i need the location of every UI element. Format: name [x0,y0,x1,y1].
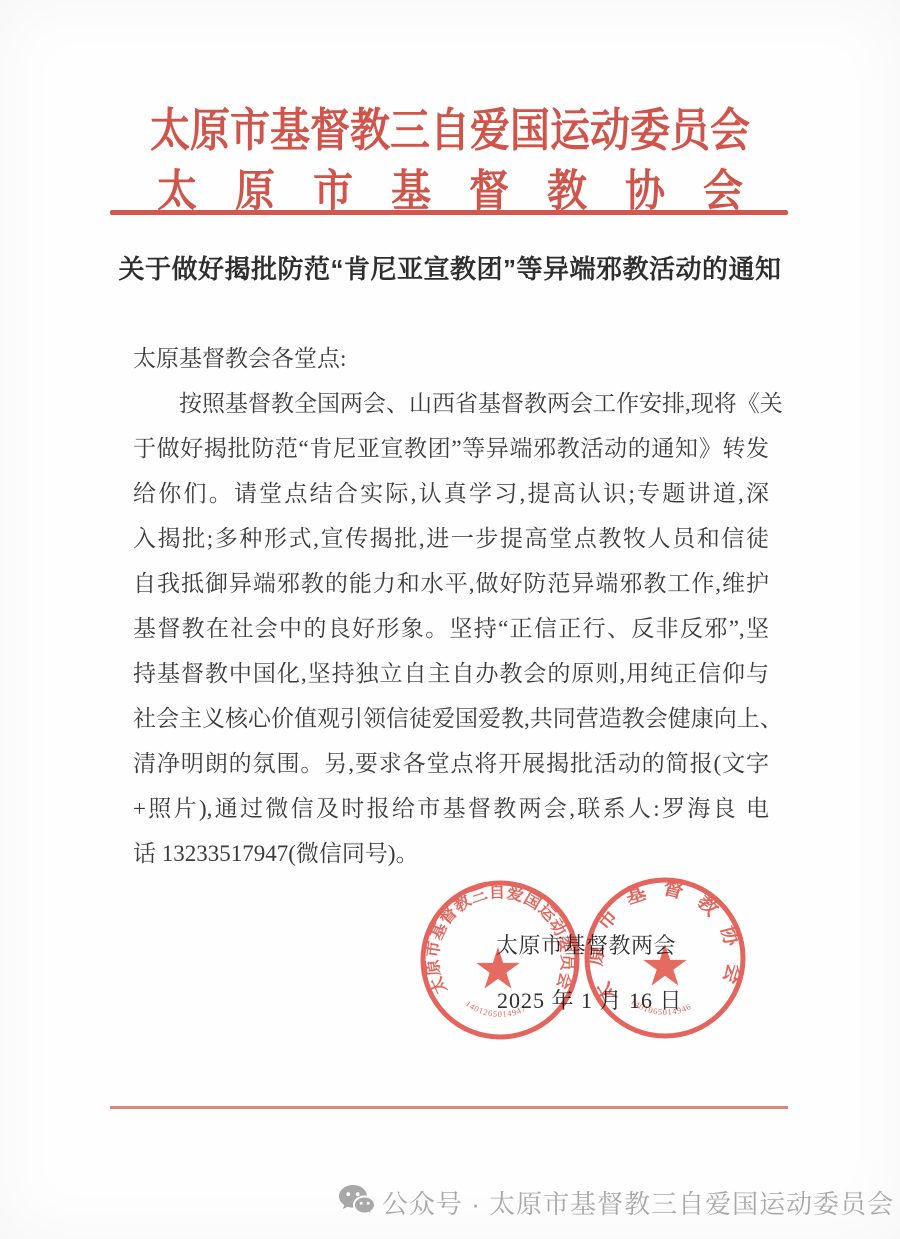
seal-serial: 1401065014946 [629,996,693,1017]
official-seal-association: 太原市基督教协会 1401065014946 [580,873,750,1043]
seal-serial: 1401265014947 [464,998,528,1019]
body-line: 于做好揭批防范“肯尼亚宣教团”等异端邪教活动的通知》转发 [133,426,769,471]
body-line: 持基督教中国化,坚持独立自主自办教会的原则,用纯正信仰与 [133,651,769,696]
body-text: 太原基督教会各堂点: 按照基督教全国两会、山西省基督教两会工作安排,现将《关于做… [133,336,769,876]
footer-caption: 公众号 · 太原市基督教三自爱国运动委员会 [382,1184,894,1221]
body-line: 清净明朗的氛围。另,要求各堂点将开展揭批活动的简报(文字 [133,741,769,786]
body-lines: 按照基督教全国两会、山西省基督教两会工作安排,现将《关于做好揭批防范“肯尼亚宣教… [133,381,769,876]
salutation: 太原基督教会各堂点: [133,336,769,381]
letterhead-rule [110,210,788,215]
letterhead-line2-text: 太原市基督教协会 [119,166,781,216]
document-title: 关于做好揭批防范“肯尼亚宣教团”等异端邪教活动的通知 [60,249,840,286]
star-icon [476,947,520,989]
body-line: 话 13233517947(微信同号)。 [133,831,769,876]
seal-arc-text: 太原市基督教协会 [583,875,748,1007]
body-line: 基督教在社会中的良好形象。坚持“正信正行、反非反邪”,坚 [133,606,769,651]
star-icon [643,944,687,986]
wechat-icon [338,1184,376,1218]
body-line: 自我抵御异端邪教的能力和水平,做好防范异端邪教工作,维护 [133,561,769,606]
body-line: 社会主义核心价值观引领信徒爱国爱教,共同营造教会健康向上、 [133,696,769,741]
official-seal-committee: 太原市基督教三自爱国运动委员会 1401265014947 [415,875,585,1045]
body-line: 按照基督教全国两会、山西省基督教两会工作安排,现将《关 [133,381,769,426]
body-line: +照片),通过微信及时报给市基督教两会,联系人:罗海良 电 [133,786,769,831]
letterhead-line1: 太原市基督教三自爱国运动委员会 [0,94,900,160]
body-line: 给你们。请堂点结合实际,认真学习,提高认识;专题讲道,深 [133,471,769,516]
bottom-rule [110,1106,788,1109]
document-page: 太原市基督教三自爱国运动委员会 太原市基督教协会 关于做好揭批防范“肯尼亚宣教团… [0,0,900,1239]
body-line: 入揭批;多种形式,宣传揭批,进一步提高堂点教牧人员和信徒 [133,516,769,561]
